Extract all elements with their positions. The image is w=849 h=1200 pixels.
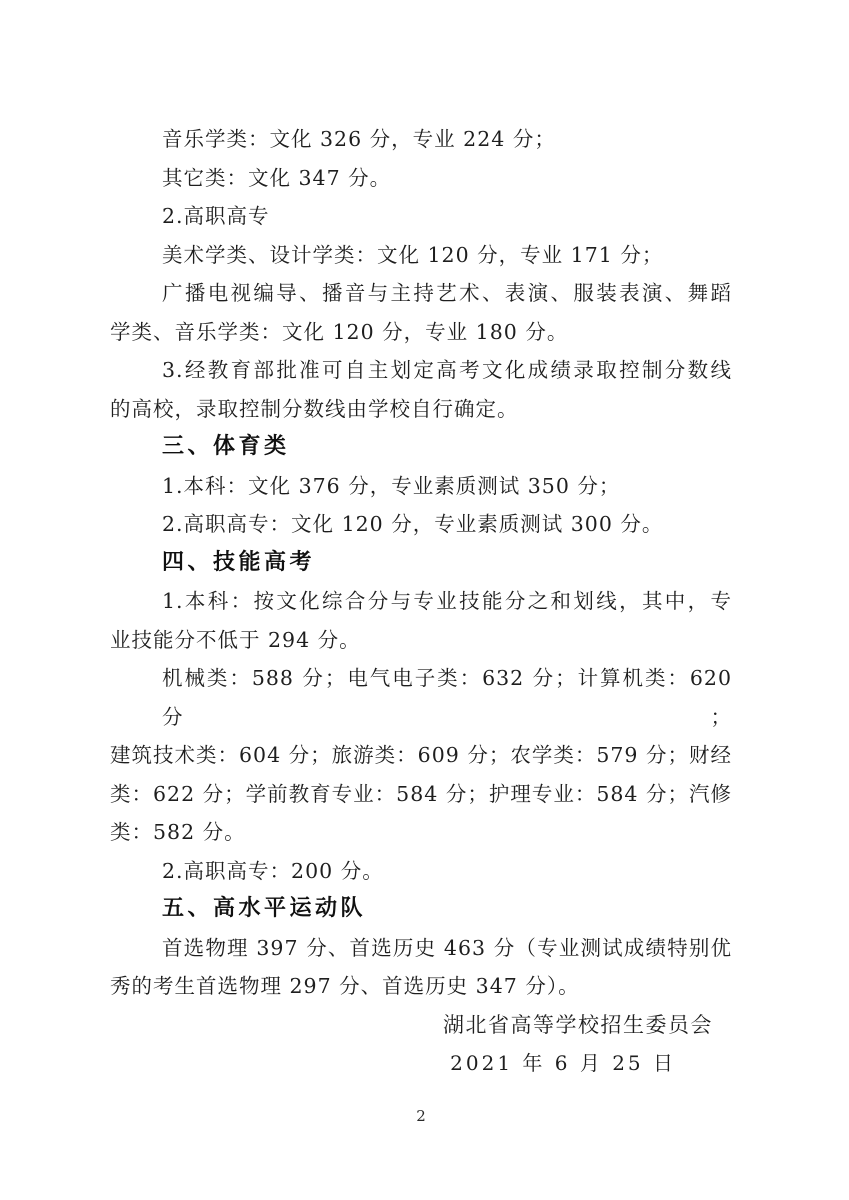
issuer-signature: 湖北省高等学校招生委员会 xyxy=(110,1006,713,1045)
para-high-level-scores-line-2: 秀的考生首选物理 297 分、首选历史 347 分）。 xyxy=(110,967,732,1006)
para-ministry-approved-line-2: 的高校，录取控制分数线由学校自行确定。 xyxy=(110,390,732,429)
para-sports-vocational: 2.高职高专：文化 120 分，专业素质测试 300 分。 xyxy=(110,505,732,544)
document-body: 音乐学类：文化 326 分，专业 224 分； 其它类：文化 347 分。 2.… xyxy=(110,120,732,1006)
scanned-document-page: 音乐学类：文化 326 分，专业 224 分； 其它类：文化 347 分。 2.… xyxy=(0,0,849,1200)
para-art-design: 美术学类、设计学类：文化 120 分，专业 171 分； xyxy=(110,236,732,275)
para-skills-categories-line-4: 类：582 分。 xyxy=(110,813,732,852)
page-number: 2 xyxy=(110,1106,732,1126)
para-skills-categories-line-3: 类：622 分；学前教育专业：584 分；护理专业：584 分；汽修 xyxy=(110,775,732,814)
para-vocational-label: 2.高职高专 xyxy=(110,197,732,236)
para-skills-categories-line-1: 机械类：588 分；电气电子类：632 分；计算机类：620 分； xyxy=(110,659,732,736)
para-broadcast-group-line-1: 广播电视编导、播音与主持艺术、表演、服装表演、舞蹈 xyxy=(110,274,732,313)
para-sports-undergrad: 1.本科：文化 376 分，专业素质测试 350 分； xyxy=(110,467,732,506)
para-broadcast-group-line-2: 学类、音乐学类：文化 120 分，专业 180 分。 xyxy=(110,313,732,352)
para-skills-undergrad-line-2: 业技能分不低于 294 分。 xyxy=(110,621,732,660)
heading-sports-category: 三、体育类 xyxy=(110,428,732,467)
para-skills-undergrad-line-1: 1.本科：按文化综合分与专业技能分之和划线，其中，专 xyxy=(110,582,732,621)
para-high-level-scores-line-1: 首选物理 397 分、首选历史 463 分（专业测试成绩特别优 xyxy=(110,929,732,968)
para-ministry-approved-line-1: 3.经教育部批准可自主划定高考文化成绩录取控制分数线 xyxy=(110,351,732,390)
para-skills-categories-line-2: 建筑技术类：604 分；旅游类：609 分；农学类：579 分；财经 xyxy=(110,736,732,775)
para-other-class: 其它类：文化 347 分。 xyxy=(110,159,732,198)
heading-skills-exam: 四、技能高考 xyxy=(110,544,732,583)
para-skills-vocational: 2.高职高专：200 分。 xyxy=(110,852,732,891)
para-music-class: 音乐学类：文化 326 分，专业 224 分； xyxy=(110,120,732,159)
heading-high-level-sports-team: 五、高水平运动队 xyxy=(110,890,732,929)
issue-date: 2021 年 6 月 25 日 xyxy=(110,1044,676,1083)
